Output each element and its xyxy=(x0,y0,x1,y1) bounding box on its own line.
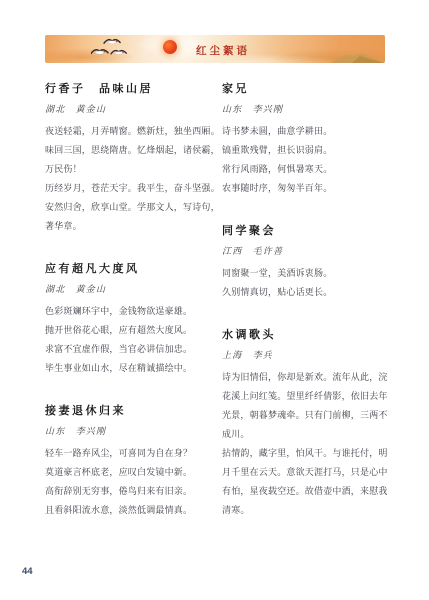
poem-line: 诗书梦未圆，曲意学耕田。 xyxy=(222,122,394,141)
poem-line: 镐重欺残臂，担长识弱肩。 xyxy=(222,141,394,160)
poem-section: 家兄 山东 李兴刚 诗书梦未圆，曲意学耕田。 镐重欺残臂，担长识弱肩。 常行风雨… xyxy=(222,82,394,198)
poem-author: 江西 毛许善 xyxy=(222,245,394,257)
poem-line: 花溪上问红笺。望里纤纤倩影，依旧去年 xyxy=(222,387,394,406)
poem-line: 高衔辞别无穷事，倦鸟归来有旧亲。 xyxy=(45,482,219,501)
poem-line: 求富不宜虚作假，当官必讲信加忠。 xyxy=(45,340,219,359)
poem-author: 湖北 黄金山 xyxy=(45,103,219,115)
cranes-icon xyxy=(91,36,137,62)
sun-icon xyxy=(163,40,177,54)
poem-title: 接妻退休归来 xyxy=(45,404,219,419)
poem-section: 同学聚会 江西 毛许善 同窗聚一堂，美酒诉衷肠。 久别情真切，贴心话更长。 xyxy=(222,224,394,302)
poem-line: 著华章。 xyxy=(45,217,219,236)
poem-title: 应有超凡大度风 xyxy=(45,262,219,277)
mountains-icon xyxy=(330,50,384,63)
poem-line: 历经岁月，苍茫天宇。我平生，奋斗坚强。 xyxy=(45,179,219,198)
poem-line: 安然归舍，欣享山堂。学那文人，写诗句， xyxy=(45,198,219,217)
book-page: 红尘絮语 行香子 品味山居 湖北 黄金山 夜送轻霜，月弄晴窗。燃新炷，独坐西厢。… xyxy=(0,0,429,600)
poem-author: 山东 李兴刚 xyxy=(45,425,219,437)
poem-line: 同窗聚一堂，美酒诉衷肠。 xyxy=(222,264,394,283)
header-title: 红尘絮语 xyxy=(196,43,250,58)
poem-author: 上海 李兵 xyxy=(222,349,394,361)
poem-title: 行香子 品味山居 xyxy=(45,82,219,97)
poem-line: 光景，朝暮梦魂牵。只有门前柳，三两不 xyxy=(222,406,394,425)
poem-section: 行香子 品味山居 湖北 黄金山 夜送轻霜，月弄晴窗。燃新炷，独坐西厢。 味回三国… xyxy=(45,82,219,236)
poem-section: 接妻退休归来 山东 李兴刚 轻车一路弃风尘，可喜同为自在身？ 莫道豪言杯底老，应… xyxy=(45,404,219,520)
poem-title: 水调歌头 xyxy=(222,328,394,343)
header-banner: 红尘絮语 xyxy=(45,35,385,63)
poem-line: 莫道豪言杯底老，应叹白发镜中新。 xyxy=(45,463,219,482)
poem-line: 常行风雨路，何惧暑寒天。 xyxy=(222,160,394,179)
poem-line: 诗为旧情侣，你却是新欢。流年从此，浣 xyxy=(222,368,394,387)
page-number: 44 xyxy=(22,566,33,577)
poem-line: 清寒。 xyxy=(222,501,394,520)
poem-title: 同学聚会 xyxy=(222,224,394,239)
poem-line: 且看斜阳流水意，淡然低调最情真。 xyxy=(45,501,219,520)
poem-line: 味回三国，思绕隋唐。忆烽烟起，诸侯霸， xyxy=(45,141,219,160)
poem-line: 万民伤！ xyxy=(45,160,219,179)
poem-author: 山东 李兴刚 xyxy=(222,103,394,115)
poem-line: 月千里在云天。意欲天涯打马，只是心中 xyxy=(222,463,394,482)
poem-line: 毕生事业如山水，尽在精诚描绘中。 xyxy=(45,359,219,378)
poem-line: 农事随时序，匆匆半百年。 xyxy=(222,179,394,198)
poem-line: 抛开世俗花心眼，应有超然大度风。 xyxy=(45,321,219,340)
poem-line: 色彩斑斓环宇中，金钱物欲逞豪雄。 xyxy=(45,302,219,321)
poem-line: 久别情真切，贴心话更长。 xyxy=(222,283,394,302)
poem-line: 成川。 xyxy=(222,425,394,444)
poem-title: 家兄 xyxy=(222,82,394,97)
poem-section: 应有超凡大度风 湖北 黄金山 色彩斑斓环宇中，金钱物欲逞豪雄。 抛开世俗花心眼，… xyxy=(45,262,219,378)
poem-line: 拈情韵，藏字里，怕风干。与谁托付，明 xyxy=(222,444,394,463)
poem-section: 水调歌头 上海 李兵 诗为旧情侣，你却是新欢。流年从此，浣 花溪上问红笺。望里纤… xyxy=(222,328,394,520)
poem-line: 有怕，星夜载空还。故借壶中酒，来慰我 xyxy=(222,482,394,501)
poem-author: 湖北 黄金山 xyxy=(45,283,219,295)
poem-line: 轻车一路弃风尘，可喜同为自在身？ xyxy=(45,444,219,463)
right-column: 家兄 山东 李兴刚 诗书梦未圆，曲意学耕田。 镐重欺残臂，担长识弱肩。 常行风雨… xyxy=(222,82,394,546)
poem-line: 夜送轻霜，月弄晴窗。燃新炷，独坐西厢。 xyxy=(45,122,219,141)
left-column: 行香子 品味山居 湖北 黄金山 夜送轻霜，月弄晴窗。燃新炷，独坐西厢。 味回三国… xyxy=(45,82,219,546)
